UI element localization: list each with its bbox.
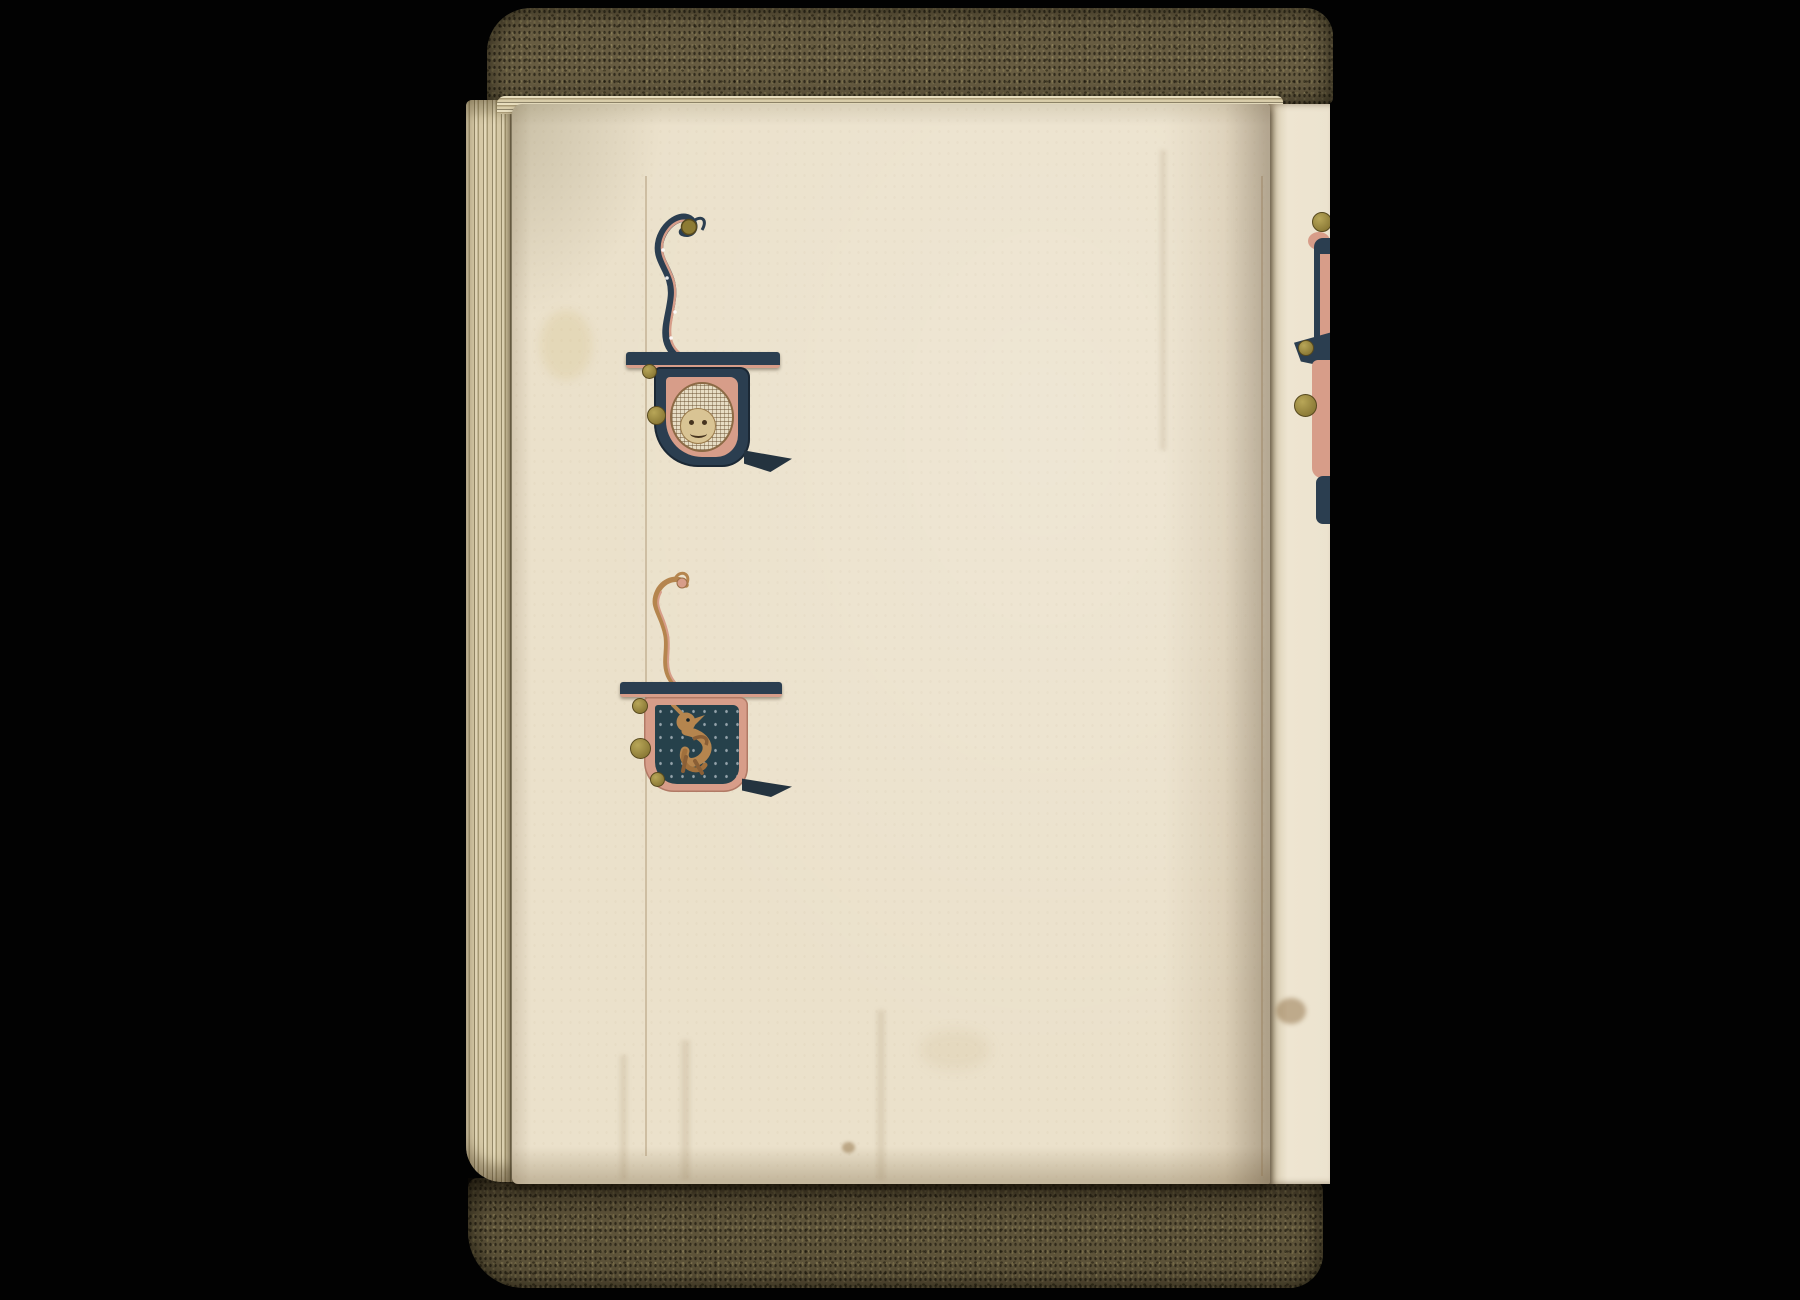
manuscript-photo: ipō fallere. T anta in eo erat uirtus an…: [0, 0, 1800, 1300]
suede-cover-bottom-edge: [468, 1178, 1323, 1288]
initial-roundel-pattern: [670, 382, 734, 452]
facing-page-initial-fragment: [1268, 104, 1330, 524]
mouth-arc: [690, 429, 707, 438]
gold-bezant-icon: [647, 406, 666, 425]
initial-top-bar: [620, 682, 782, 697]
initial-fragment-blue: [1316, 476, 1330, 524]
suede-cover-top-edge: [487, 8, 1333, 104]
initial-dotted-ground: [655, 705, 739, 784]
gold-bezant-icon: [1298, 340, 1314, 356]
facing-page-edge: [1268, 104, 1330, 1184]
gold-bezant-icon: [642, 364, 657, 379]
eye-dot: [689, 420, 694, 425]
gold-bezant-icon: [1294, 394, 1317, 417]
illuminated-initial-V-1: [650, 350, 780, 472]
parchment-page: [512, 104, 1270, 1184]
gold-bezant-icon: [632, 698, 648, 714]
initial-pink-panel: [666, 377, 738, 457]
parchment-stain: [842, 1142, 855, 1153]
parchment-stain: [1276, 998, 1306, 1024]
marginal-flourish-tail-1: [630, 190, 720, 365]
initial-fragment-pink: [1312, 360, 1330, 478]
gold-bezant-icon: [630, 738, 651, 759]
parchment-crease: [620, 1055, 627, 1180]
page-stack-fore-edge: [466, 100, 516, 1182]
parchment-stain: [920, 1030, 990, 1070]
marginal-flourish-tail-2: [632, 545, 702, 695]
parchment-crease: [1160, 150, 1166, 450]
dragon-ornament-icon: [655, 705, 739, 784]
eye-dot: [702, 420, 707, 425]
gold-bezant-icon: [650, 772, 665, 787]
parchment-stain: [540, 310, 592, 380]
gold-bezant-icon: [1312, 212, 1330, 232]
illuminated-initial-V-2: [642, 682, 772, 804]
parchment-crease: [877, 1010, 885, 1180]
parchment-crease: [681, 1040, 690, 1180]
ruling-line-right: [1261, 176, 1263, 1176]
initial-body: [654, 367, 750, 467]
face-ornament-icon: [680, 408, 716, 444]
